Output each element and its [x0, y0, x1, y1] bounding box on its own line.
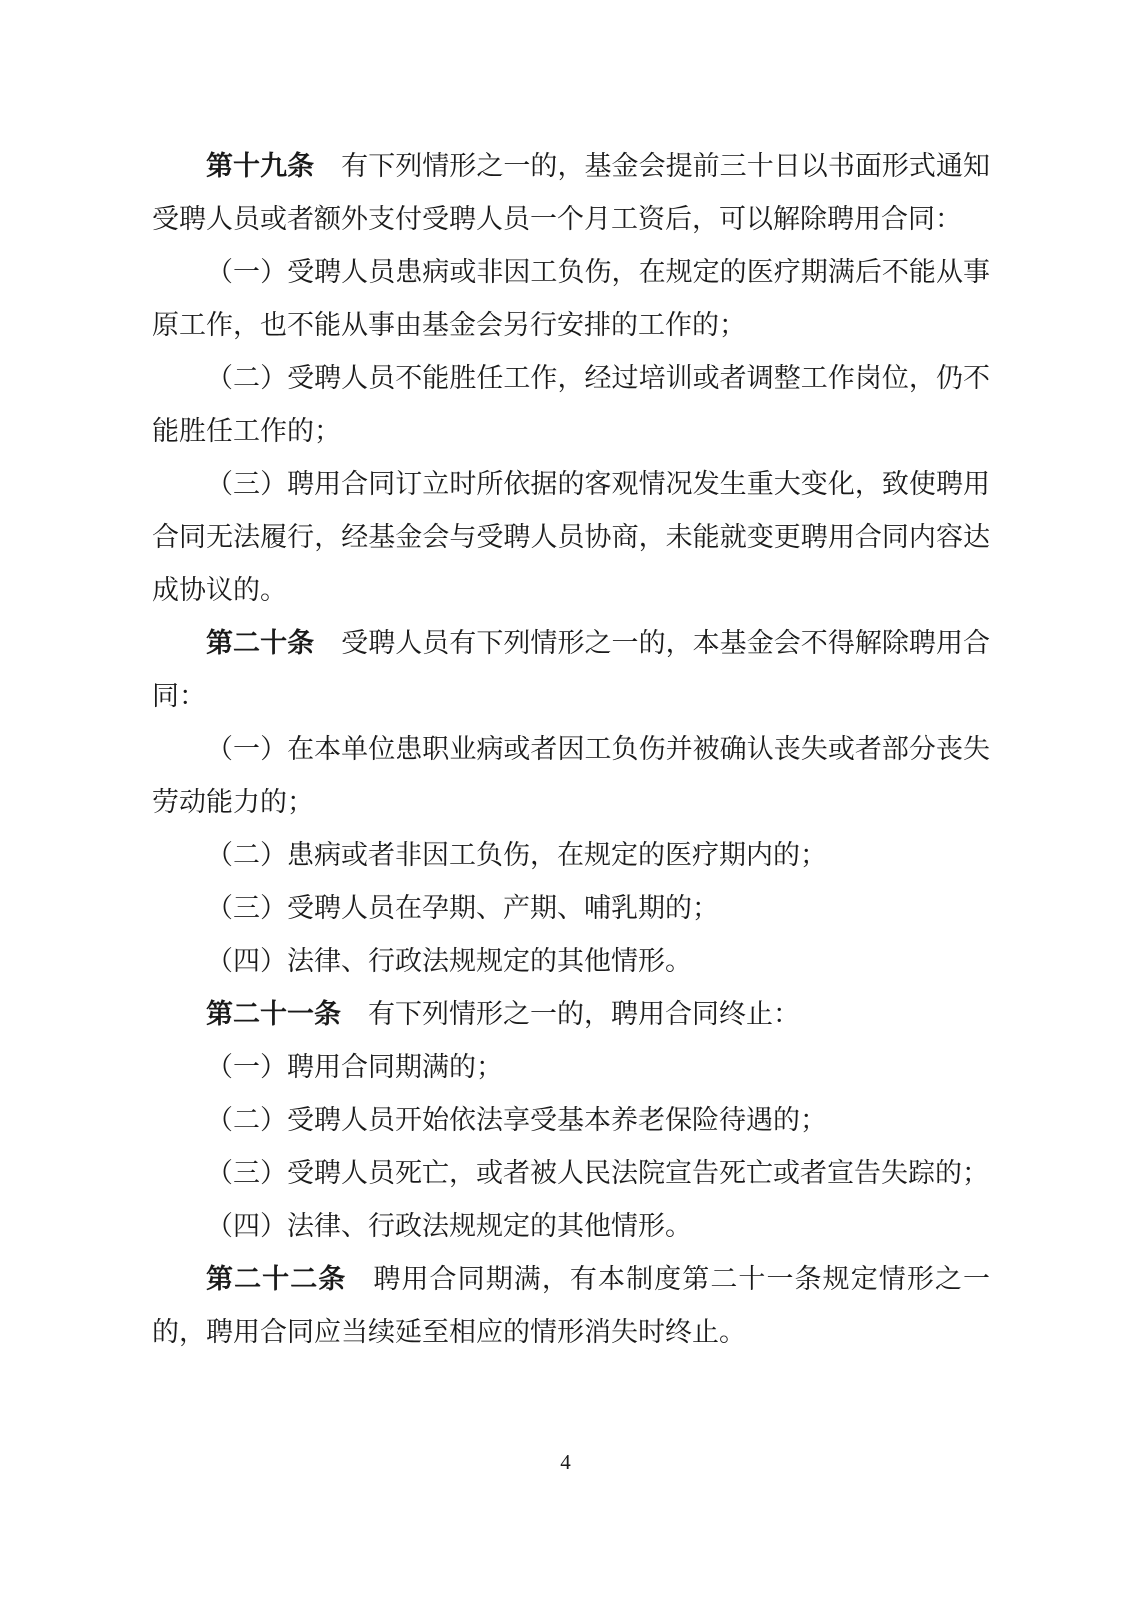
clause-text: （一）在本单位患职业病或者因工负伤并被确认丧失或者部分丧失劳动能力的；	[152, 734, 990, 817]
clause-item: （一）聘用合同期满的；	[152, 1041, 990, 1094]
clause-text: （一）聘用合同期满的；	[206, 1052, 503, 1082]
clause-text: （四）法律、行政法规规定的其他情形。	[206, 1211, 692, 1241]
clause-text: （二）患病或者非因工负伤，在规定的医疗期内的；	[206, 840, 827, 870]
article-text: 有下列情形之一的，聘用合同终止：	[368, 999, 800, 1029]
clause-item: （二）患病或者非因工负伤，在规定的医疗期内的；	[152, 829, 990, 882]
clause-item: （二）受聘人员开始依法享受基本养老保险待遇的；	[152, 1094, 990, 1147]
clause-item: （一）在本单位患职业病或者因工负伤并被确认丧失或者部分丧失劳动能力的；	[152, 723, 990, 829]
clause-text: （四）法律、行政法规规定的其他情形。	[206, 946, 692, 976]
article-21-paragraph: 第二十一条有下列情形之一的，聘用合同终止：	[152, 988, 990, 1041]
article-number: 第二十二条	[206, 1264, 346, 1294]
article-20-paragraph: 第二十条受聘人员有下列情形之一的，本基金会不得解除聘用合同：	[152, 617, 990, 723]
clause-item: （一）受聘人员患病或非因工负伤，在规定的医疗期满后不能从事原工作，也不能从事由基…	[152, 246, 990, 352]
document-page: 第十九条有下列情形之一的，基金会提前三十日以书面形式通知受聘人员或者额外支付受聘…	[0, 0, 1131, 1600]
article-number: 第二十条	[206, 628, 314, 658]
clause-item: （三）聘用合同订立时所依据的客观情况发生重大变化，致使聘用合同无法履行，经基金会…	[152, 458, 990, 617]
clause-text: （二）受聘人员开始依法享受基本养老保险待遇的；	[206, 1105, 827, 1135]
clause-text: （三）聘用合同订立时所依据的客观情况发生重大变化，致使聘用合同无法履行，经基金会…	[152, 469, 990, 605]
document-body: 第十九条有下列情形之一的，基金会提前三十日以书面形式通知受聘人员或者额外支付受聘…	[152, 140, 990, 1359]
clause-text: （一）受聘人员患病或非因工负伤，在规定的医疗期满后不能从事原工作，也不能从事由基…	[152, 257, 990, 340]
clause-item: （四）法律、行政法规规定的其他情形。	[152, 935, 990, 988]
article-number: 第十九条	[206, 151, 314, 181]
article-number: 第二十一条	[206, 999, 341, 1029]
clause-item: （四）法律、行政法规规定的其他情形。	[152, 1200, 990, 1253]
page-number: 4	[0, 1448, 1131, 1476]
clause-item: （三）受聘人员死亡，或者被人民法院宣告死亡或者宣告失踪的；	[152, 1147, 990, 1200]
article-22-paragraph: 第二十二条聘用合同期满，有本制度第二十一条规定情形之一的，聘用合同应当续延至相应…	[152, 1253, 990, 1359]
clause-text: （三）受聘人员死亡，或者被人民法院宣告死亡或者宣告失踪的；	[206, 1158, 989, 1188]
clause-text: （二）受聘人员不能胜任工作，经过培训或者调整工作岗位，仍不能胜任工作的；	[152, 363, 990, 446]
article-19-paragraph: 第十九条有下列情形之一的，基金会提前三十日以书面形式通知受聘人员或者额外支付受聘…	[152, 140, 990, 246]
clause-item: （三）受聘人员在孕期、产期、哺乳期的；	[152, 882, 990, 935]
clause-item: （二）受聘人员不能胜任工作，经过培训或者调整工作岗位，仍不能胜任工作的；	[152, 352, 990, 458]
clause-text: （三）受聘人员在孕期、产期、哺乳期的；	[206, 893, 719, 923]
